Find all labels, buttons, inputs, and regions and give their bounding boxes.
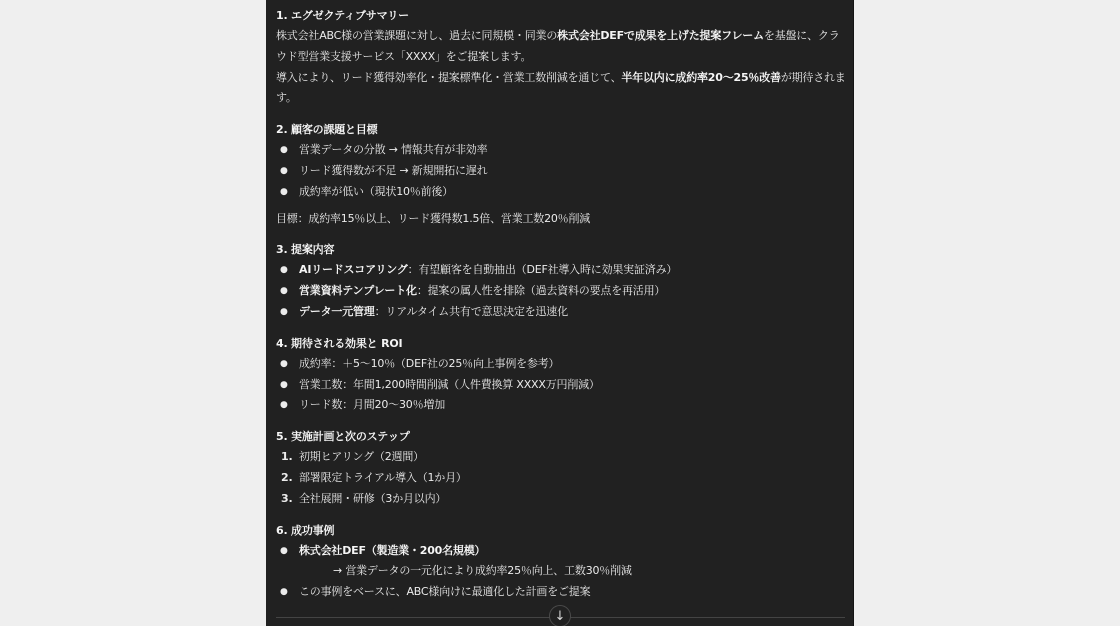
section-heading-plan: 5. 実施計画と次のステップ: [276, 427, 848, 447]
list-item: ●成約率が低い（現状10％前後）: [276, 182, 848, 203]
assistant-message: 1. エグゼクティブサマリー 株式会社ABC様の営業課題に対し、過去に同規模・同…: [276, 6, 848, 603]
issues-list: ●営業データの分散 → 情報共有が非効率 ●リード獲得数が不足 → 新規開拓に遅…: [276, 140, 848, 202]
summary-paragraph-2: 導入により、リード獲得効率化・提案標準化・営業工数削減を通じて、半年以内に成約率…: [276, 68, 848, 110]
list-item-text: 初期ヒアリング（2週間）: [299, 450, 424, 463]
case-list: ●株式会社DEF（製造業・200名規模） → 営業データの一元化により成約率25…: [276, 541, 848, 603]
section-heading-executive-summary: 1. エグゼクティブサマリー: [276, 6, 848, 26]
list-item-text: この事例をベースに、ABC様向けに最適化した計画をご提案: [299, 585, 590, 598]
list-item: 2.部署限定トライアル導入（1か月）: [276, 468, 848, 489]
step-number: 2.: [281, 468, 292, 489]
summary-emphasis: 株式会社DEFで成果を上げた提案フレーム: [557, 29, 764, 42]
list-item: 3.全社展開・研修（3か月以内）: [276, 489, 848, 510]
proposal-list: ●AIリードスコアリング：有望顧客を自動抽出（DEF社導入時に効果実証済み） ●…: [276, 260, 848, 322]
bullet-icon: ●: [280, 281, 288, 302]
scroll-to-bottom-button[interactable]: ↓: [549, 605, 571, 626]
list-item: ●営業工数：年間1,200時間削減（人件費換算 XXXX万円削減）: [276, 375, 848, 396]
section-heading-success-case: 6. 成功事例: [276, 521, 848, 541]
case-detail: → 営業データの一元化により成約率25％向上、工数30％削減: [299, 561, 848, 582]
section-heading-customer-issues: 2. 顧客の課題と目標: [276, 120, 848, 140]
goal-text: 目標：成約率15％以上、リード獲得数1.5倍、営業工数20％削減: [276, 209, 848, 230]
list-item: ●営業データの分散 → 情報共有が非効率: [276, 140, 848, 161]
list-item-title: 営業資料テンプレート化: [299, 284, 417, 297]
bullet-icon: ●: [280, 140, 288, 161]
list-item-text: 営業工数：年間1,200時間削減（人件費換算 XXXX万円削減）: [299, 378, 600, 391]
list-item: ●株式会社DEF（製造業・200名規模） → 営業データの一元化により成約率25…: [276, 541, 848, 583]
arrow-down-icon: ↓: [555, 609, 566, 624]
step-number: 1.: [281, 447, 292, 468]
summary-paragraph-1: 株式会社ABC様の営業課題に対し、過去に同規模・同業の株式会社DEFで成果を上げ…: [276, 26, 848, 68]
list-item-title: データ一元管理: [299, 305, 375, 318]
bullet-icon: ●: [280, 260, 288, 281]
list-item: ●データ一元管理：リアルタイム共有で意思決定を迅速化: [276, 302, 848, 323]
list-item: ●この事例をベースに、ABC様向けに最適化した計画をご提案: [276, 582, 848, 603]
case-title: 株式会社DEF（製造業・200名規模）: [299, 544, 485, 557]
bullet-icon: ●: [280, 354, 288, 375]
section-heading-proposal: 3. 提案内容: [276, 240, 848, 260]
chat-message-panel: 1. エグゼクティブサマリー 株式会社ABC様の営業課題に対し、過去に同規模・同…: [266, 0, 854, 626]
list-item-text: 全社展開・研修（3か月以内）: [299, 492, 446, 505]
list-item-text: 成約率が低い（現状10％前後）: [299, 185, 453, 198]
list-item: ●リード獲得数が不足 → 新規開拓に遅れ: [276, 161, 848, 182]
summary-text: 株式会社ABC様の営業課題に対し、過去に同規模・同業の: [276, 29, 557, 42]
list-item-text: ：有望顧客を自動抽出（DEF社導入時に効果実証済み）: [408, 263, 678, 276]
list-item: ●AIリードスコアリング：有望顧客を自動抽出（DEF社導入時に効果実証済み）: [276, 260, 848, 281]
list-item: 1.初期ヒアリング（2週間）: [276, 447, 848, 468]
list-item-text: 営業データの分散 → 情報共有が非効率: [299, 143, 487, 156]
list-item-text: リード獲得数が不足 → 新規開拓に遅れ: [299, 164, 487, 177]
roi-list: ●成約率：＋5〜10％（DEF社の25％向上事例を参考） ●営業工数：年間1,2…: [276, 354, 848, 416]
step-number: 3.: [281, 489, 292, 510]
section-heading-roi: 4. 期待される効果と ROI: [276, 334, 848, 354]
list-item-title: AIリードスコアリング: [299, 263, 408, 276]
list-item: ●営業資料テンプレート化：提案の属人性を排除（過去資料の要点を再活用）: [276, 281, 848, 302]
summary-text: 導入により、リード獲得効率化・提案標準化・営業工数削減を通じて、: [276, 71, 621, 84]
bullet-icon: ●: [280, 182, 288, 203]
bullet-icon: ●: [280, 582, 288, 603]
list-item: ●成約率：＋5〜10％（DEF社の25％向上事例を参考）: [276, 354, 848, 375]
list-item-text: リード数：月間20〜30％増加: [299, 398, 445, 411]
list-item-text: ：リアルタイム共有で意思決定を迅速化: [375, 305, 568, 318]
list-item: ●リード数：月間20〜30％増加: [276, 395, 848, 416]
list-item-text: ：提案の属人性を排除（過去資料の要点を再活用）: [417, 284, 665, 297]
bullet-icon: ●: [280, 302, 288, 323]
steps-list: 1.初期ヒアリング（2週間） 2.部署限定トライアル導入（1か月） 3.全社展開…: [276, 447, 848, 509]
list-item-text: 部署限定トライアル導入（1か月）: [299, 471, 467, 484]
bullet-icon: ●: [280, 541, 288, 562]
summary-emphasis: 半年以内に成約率20〜25％改善: [621, 71, 780, 84]
bullet-icon: ●: [280, 161, 288, 182]
bullet-icon: ●: [280, 375, 288, 396]
list-item-text: 成約率：＋5〜10％（DEF社の25％向上事例を参考）: [299, 357, 559, 370]
bullet-icon: ●: [280, 395, 288, 416]
